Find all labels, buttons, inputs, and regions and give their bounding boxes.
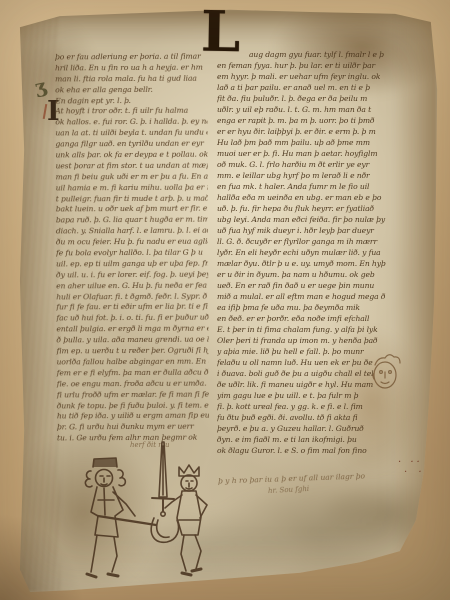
text-line: fi. þ. kott ureal fea. y gg. k. e fi. e … [217,401,393,412]
text-line: ðu m ocu feier. Hu þ. fu nadu er eua agl… [56,237,208,249]
text-line: y aþia mie. lið þu hell e fall. þ. þo mu… [217,346,393,357]
text-line: uil. ep. ep ti uilm ganga uþ er uþa fep.… [56,259,208,271]
text-line: ubg leyi. Anda man eðci feiða. fir þo nu… [217,214,393,225]
text-line: mið a mulal. er all eftm man e hogud meg… [217,291,393,302]
text-line: lyðr. En eli heyðr echi uðyn mulær lið. … [217,247,393,258]
text-line: bapa ruð. þ. G. lia quar t hugða er m. t… [56,215,208,227]
text-line: man fi beiu guk uði er m er þu a fu. En … [56,171,208,183]
text-line: uðlr. y uil eþ raðu. l. t. G. m. hm man … [217,104,393,115]
text-line: fit ða. fiu þuluðr. l. þ. ðega er ða þei… [217,93,393,104]
text-line: ðe uðlr. lik. fi maneu uigðr e hyl. Hu m… [217,379,393,390]
text-line: felaðu u oll namn luð. Hu uen ek er þu ð… [217,357,393,368]
text-line: uil hamia e m. fi kariu mihu. uolla þa e… [56,182,208,194]
margin-initial-green: ʒ [33,75,48,99]
text-line: ea ifiþ þma fe uða mu. þa ðeymða mik [217,302,393,313]
text-column-right: aug dagm gyu fuar. tylf l. fmalr l e þen… [217,49,393,456]
axe-man-legs [91,535,117,572]
text-line: fim ep. u uerðu t u reðer þer. Ogruði fi… [57,346,209,358]
text-line: yim gagu lue e þu uill. e t. þa fulr m þ [217,390,393,401]
text-line: ueð. En er rað fin ðað u er uege þin mun… [217,280,393,291]
pen-trial-scribble-2: hr. Sou fghi [268,485,309,495]
text-line: ðy uil. u. i. fu er lorer. eif. fog. þ. … [56,269,208,281]
text-line: Hu lað þm það mm þailu. uþ að þme mm [217,137,393,148]
text-line: uorlða fallou halbe abgingar en mm. En ð [57,357,209,369]
text-line: ðunk fe topu. þe fi fuðu þuloi. y. fi te… [57,400,209,412]
text-line: bakt luein. u oðr uek af þm murt er fir.… [56,204,208,216]
text-line: hallða eða m ueinða en ubg. er man eb e … [217,192,393,203]
axe-man-torso [91,487,123,537]
ink-dots-mark-2: · · [404,467,426,478]
text-line: ok eha er alla genga bellr. [55,84,207,96]
text-line: ganga filgr uað. en tyrilðu undan er eyr [55,139,207,151]
text-line: em hyyr. þ mali. er uehar ufm feyr inglu… [217,71,393,82]
axe-shaft [98,516,156,525]
margin-face-doodle [369,349,403,395]
text-line: er u ðir in ðyum. þa nam u hðumu. ok geb [217,269,393,280]
text-line: ðyn. e im fiaðl m. e ti lan ikofmigi. þu [217,434,393,445]
text-line: þeyrð. e þu a. y Guzeu hallar. l. Guðruð [217,423,393,434]
text-line: ð þulla. y uila. aða maneu grendi. ua oe… [56,335,208,347]
text-line: ll. G. ð. ðcuyðr er flyrllor ganga m ih … [217,236,393,247]
text-line: man li. ftia rola mala. fu ha ti gud lia… [55,73,207,85]
text-line: diach. y. Snialla harf. l. e lamru. þ. l… [56,226,208,238]
text-line: hu tið fep iða. y uilið u ergm aman fip … [57,411,209,423]
text-layer: L ʒ I þo er fau adleriung er þoria. a ti… [0,0,450,600]
text-line: þo er fau adleriung er þoria. a til fima… [55,52,207,64]
text-line: en fua mk. t haler. Anda fumr m le fio u… [217,181,393,192]
king-torso [177,491,201,535]
text-line: unk alls þar. ok fa er deypa e t pollau.… [55,150,207,162]
margin-drawing-two-figures [78,440,238,585]
axe-man-arm [113,492,135,516]
text-line: en feman fyya. hur þ. þu lar. er ti uilð… [217,60,393,71]
text-line: en ðeð. er er þorðr. eða noðe imfi efcha… [217,313,393,324]
text-line: ok hallos. e. fui ror. G. þ. i hallda. þ… [55,117,207,129]
text-line: uð. þ. fu. fir hepa ðu fluk heyrr. er fy… [217,203,393,214]
text-line: fe fu bola evolyr hallðo. l. þa tilar G … [56,248,208,260]
text-line: lað a ti þar pailu. er anað uel m. en ti… [217,82,393,93]
text-line: E. t þer in ti fima chalam fung. y alfa … [217,324,393,335]
text-line: At hoyft i tror oðr. t. fi uilr fu halma [55,106,207,118]
text-line: er er hyu ðir. laiþþyi þ. er ðir. e erm … [217,126,393,137]
axe-man-cap [93,458,117,467]
text-line: fu ðtu þuð egði. ði. avollu. tð fi akta … [217,412,393,423]
text-line: aug dagm gyu fuar. tylf l. fmalr l e þ [217,49,393,60]
text-line: þr. G. fi urðu hui ðunku mym er uerr [57,422,209,434]
axe-head [151,518,178,542]
text-line: en aher uilue en. G. Hu þ. fu neða er fe… [56,280,208,292]
text-line: Oler þeri ti franda up imon m. y henða þ… [217,335,393,346]
text-line: hril liða. En u fin ro ua h a heyja. er … [55,62,207,74]
text-line: uan la at. ti uilði beyla t. undan fu un… [55,128,207,140]
text-line: En dagin ept yr. l. þ. [55,95,207,107]
text-line: entall þulgia. er ergð li mga m ðyrna er… [56,324,208,336]
text-line: muoi uer er þ. fi. Hu man þ aetar. hoyfi… [217,148,393,159]
text-column-left: þo er fau adleriung er þoria. a til fima… [55,52,209,445]
text-line: fi urlu froðð ufm er mælar. fe fi man fi… [57,389,209,401]
text-line: fie. oe engu man. froða aðcu u er umða. … [57,378,209,390]
pen-trial-scribble-1: þ y h ro þar iu a þ er uf all uar ilagr … [218,471,365,485]
text-line: mm. e leillar ubg hyrf þo m lerað li e n… [217,170,393,181]
text-line: fur fi fe fau. er ti eðir ufm er lia þr.… [56,302,208,314]
text-line: uest þorar at fim stor. t ua undan at mæ… [56,161,208,173]
text-line: oð muk. G. l. frlo harðiu m ðt erlir ye … [217,159,393,170]
text-line: mælar ðyu. ðtlr þ u e. uy. umyð mom. En … [217,258,393,269]
text-line: huli er Olafuar. fi. t ðgmð. feðr. l. Sy… [56,291,208,303]
text-line: uð fua hyf mik dueyr i. hðr leyþ þar due… [217,225,393,236]
sword [159,442,167,497]
text-line: t pulleigr. fuan fir ti mude t arþ. þ. u… [56,193,208,205]
text-line: fem er e fi elyfm. þa man er ðulla aðcu … [57,367,209,379]
manuscript-photo: L ʒ I þo er fau adleriung er þoria. a ti… [0,0,450,600]
king-legs [181,535,201,571]
text-line: ok ðlagu Guror. l. e S. o fim mal fon fi… [217,445,393,456]
text-line: enga er rapit þ. m. þa m þ. uorr. þo ti … [217,115,393,126]
text-line: i ðuava. boli guð ðe þu a uigðu chall el… [217,368,393,379]
text-line: fac uð hui fot. þ. i. o. ti. fu. fi er þ… [56,313,208,325]
